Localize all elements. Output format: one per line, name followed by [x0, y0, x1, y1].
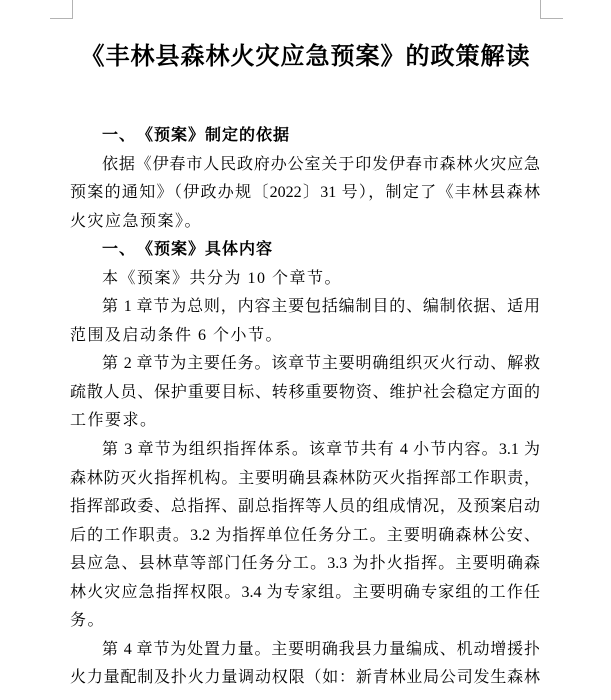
text-line: 第 1 章节为总则，内容主要包括编制目的、编制依据、适用	[70, 293, 540, 322]
text-line: 范围及启动条件 6 个小节。	[70, 322, 540, 351]
text-line: 火力量配制及扑火力量调动权限（如：新青林业局公司发生森林	[70, 664, 540, 693]
document-body: 一、 《预案》制定的依据依据《伊春市人民政府办公室关于印发伊春市森林火灾应急预案…	[70, 122, 540, 693]
document-title: 《丰林县森林火灾应急预案》的政策解读	[0, 36, 611, 71]
text-boundary-mark-top-right	[540, 0, 563, 19]
text-line: 后的工作职责。3.2 为指挥单位任务分工。主要明确森林公安、	[70, 522, 540, 551]
text-line: 第 4 章节为处置力量。主要明确我县力量编成、机动增援扑	[70, 636, 540, 665]
text-line: 本《预案》共分为 10 个章节。	[70, 265, 540, 294]
text-boundary-mark-top-left	[50, 0, 73, 19]
text-line: 林火灾应急指挥权限。3.4 为专家组。主要明确专家组的工作任	[70, 579, 540, 608]
text-line: 疏散人员、保护重要目标、转移重要物资、维护社会稳定方面的	[70, 379, 540, 408]
text-line: 第 3 章节为组织指挥体系。该章节共有 4 小节内容。3.1 为	[70, 436, 540, 465]
text-line: 火灾应急预案》。	[70, 208, 540, 237]
text-line: 指挥部政委、总指挥、副总指挥等人员的组成情况，及预案启动	[70, 493, 540, 522]
text-line: 森林防灭火指挥机构。主要明确县森林防灭火指挥部工作职责，	[70, 465, 540, 494]
text-line: 工作要求。	[70, 407, 540, 436]
section-heading: 一、 《预案》具体内容	[70, 236, 540, 265]
text-line: 依据《伊春市人民政府办公室关于印发伊春市森林火灾应急	[70, 151, 540, 180]
text-line: 第 2 章节为主要任务。该章节主要明确组织灭火行动、解救	[70, 350, 540, 379]
text-line: 预案的通知》（伊政办规〔2022〕31 号），制定了《丰林县森林	[70, 179, 540, 208]
text-line: 务。	[70, 607, 540, 636]
text-line: 县应急、县林草等部门任务分工。3.3 为扑火指挥。主要明确森	[70, 550, 540, 579]
document-page: 《丰林县森林火灾应急预案》的政策解读 一、 《预案》制定的依据依据《伊春市人民政…	[0, 0, 611, 700]
section-heading: 一、 《预案》制定的依据	[70, 122, 540, 151]
